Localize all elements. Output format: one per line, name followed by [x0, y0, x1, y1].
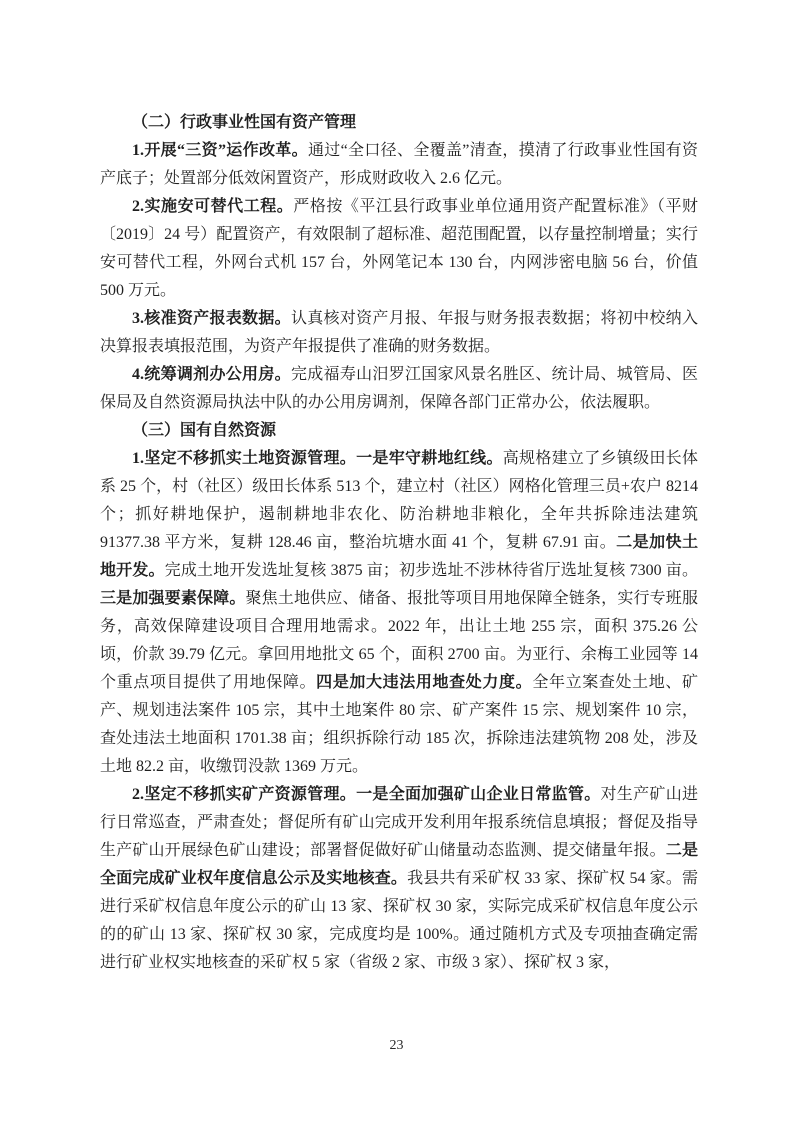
run-bold: 1.开展“三资”运作改革。 [132, 142, 308, 159]
run-bold: 2.坚定不移抓实矿产资源管理。一是全面加强矿山企业日常监管。 [132, 786, 601, 803]
document-body: （二）行政事业性国有资产管理 1.开展“三资”运作改革。通过“全口径、全覆盖”清… [100, 109, 698, 977]
run-bold: 2.实施安可替代工程。 [132, 198, 293, 215]
run-bold: 三是加强要素保障。 [100, 590, 246, 607]
paragraph-anke-titai: 2.实施安可替代工程。严格按《平江县行政事业单位通用资产配置标准》（平财〔201… [100, 193, 698, 305]
run-text: 完成土地开发选址复核 3875 亩；初步选址不涉林待省厅选址复核 7300 亩。 [165, 562, 698, 579]
section-heading-2: （二）行政事业性国有资产管理 [100, 109, 698, 137]
run-bold: 四是加大违法用地查处力度。 [316, 674, 532, 691]
run-bold: 4.统筹调剂办公用房。 [132, 366, 291, 383]
document-page: （二）行政事业性国有资产管理 1.开展“三资”运作改革。通过“全口径、全覆盖”清… [0, 0, 793, 1122]
paragraph-tudi-ziyuan: 1.坚定不移抓实土地资源管理。一是牢守耕地红线。高规格建立了乡镇级田长体系 25… [100, 445, 698, 781]
run-bold: 3.核准资产报表数据。 [132, 310, 291, 327]
paragraph-tiaoji-yongfang: 4.统筹调剂办公用房。完成福寿山汨罗江国家风景名胜区、统计局、城管局、医保局及自… [100, 361, 698, 417]
paragraph-kuangchan-ziyuan: 2.坚定不移抓实矿产资源管理。一是全面加强矿山企业日常监管。对生产矿山进行日常巡… [100, 781, 698, 977]
paragraph-hezhun-baobiao: 3.核准资产报表数据。认真核对资产月报、年报与财务报表数据；将初中校纳入决算报表… [100, 305, 698, 361]
run-bold: 1.坚定不移抓实土地资源管理。一是牢守耕地红线。 [132, 450, 503, 467]
paragraph-kaizhan-sanzi: 1.开展“三资”运作改革。通过“全口径、全覆盖”清查，摸清了行政事业性国有资产底… [100, 137, 698, 193]
section-heading-3: （三）国有自然资源 [100, 417, 698, 445]
page-number: 23 [0, 1038, 793, 1054]
